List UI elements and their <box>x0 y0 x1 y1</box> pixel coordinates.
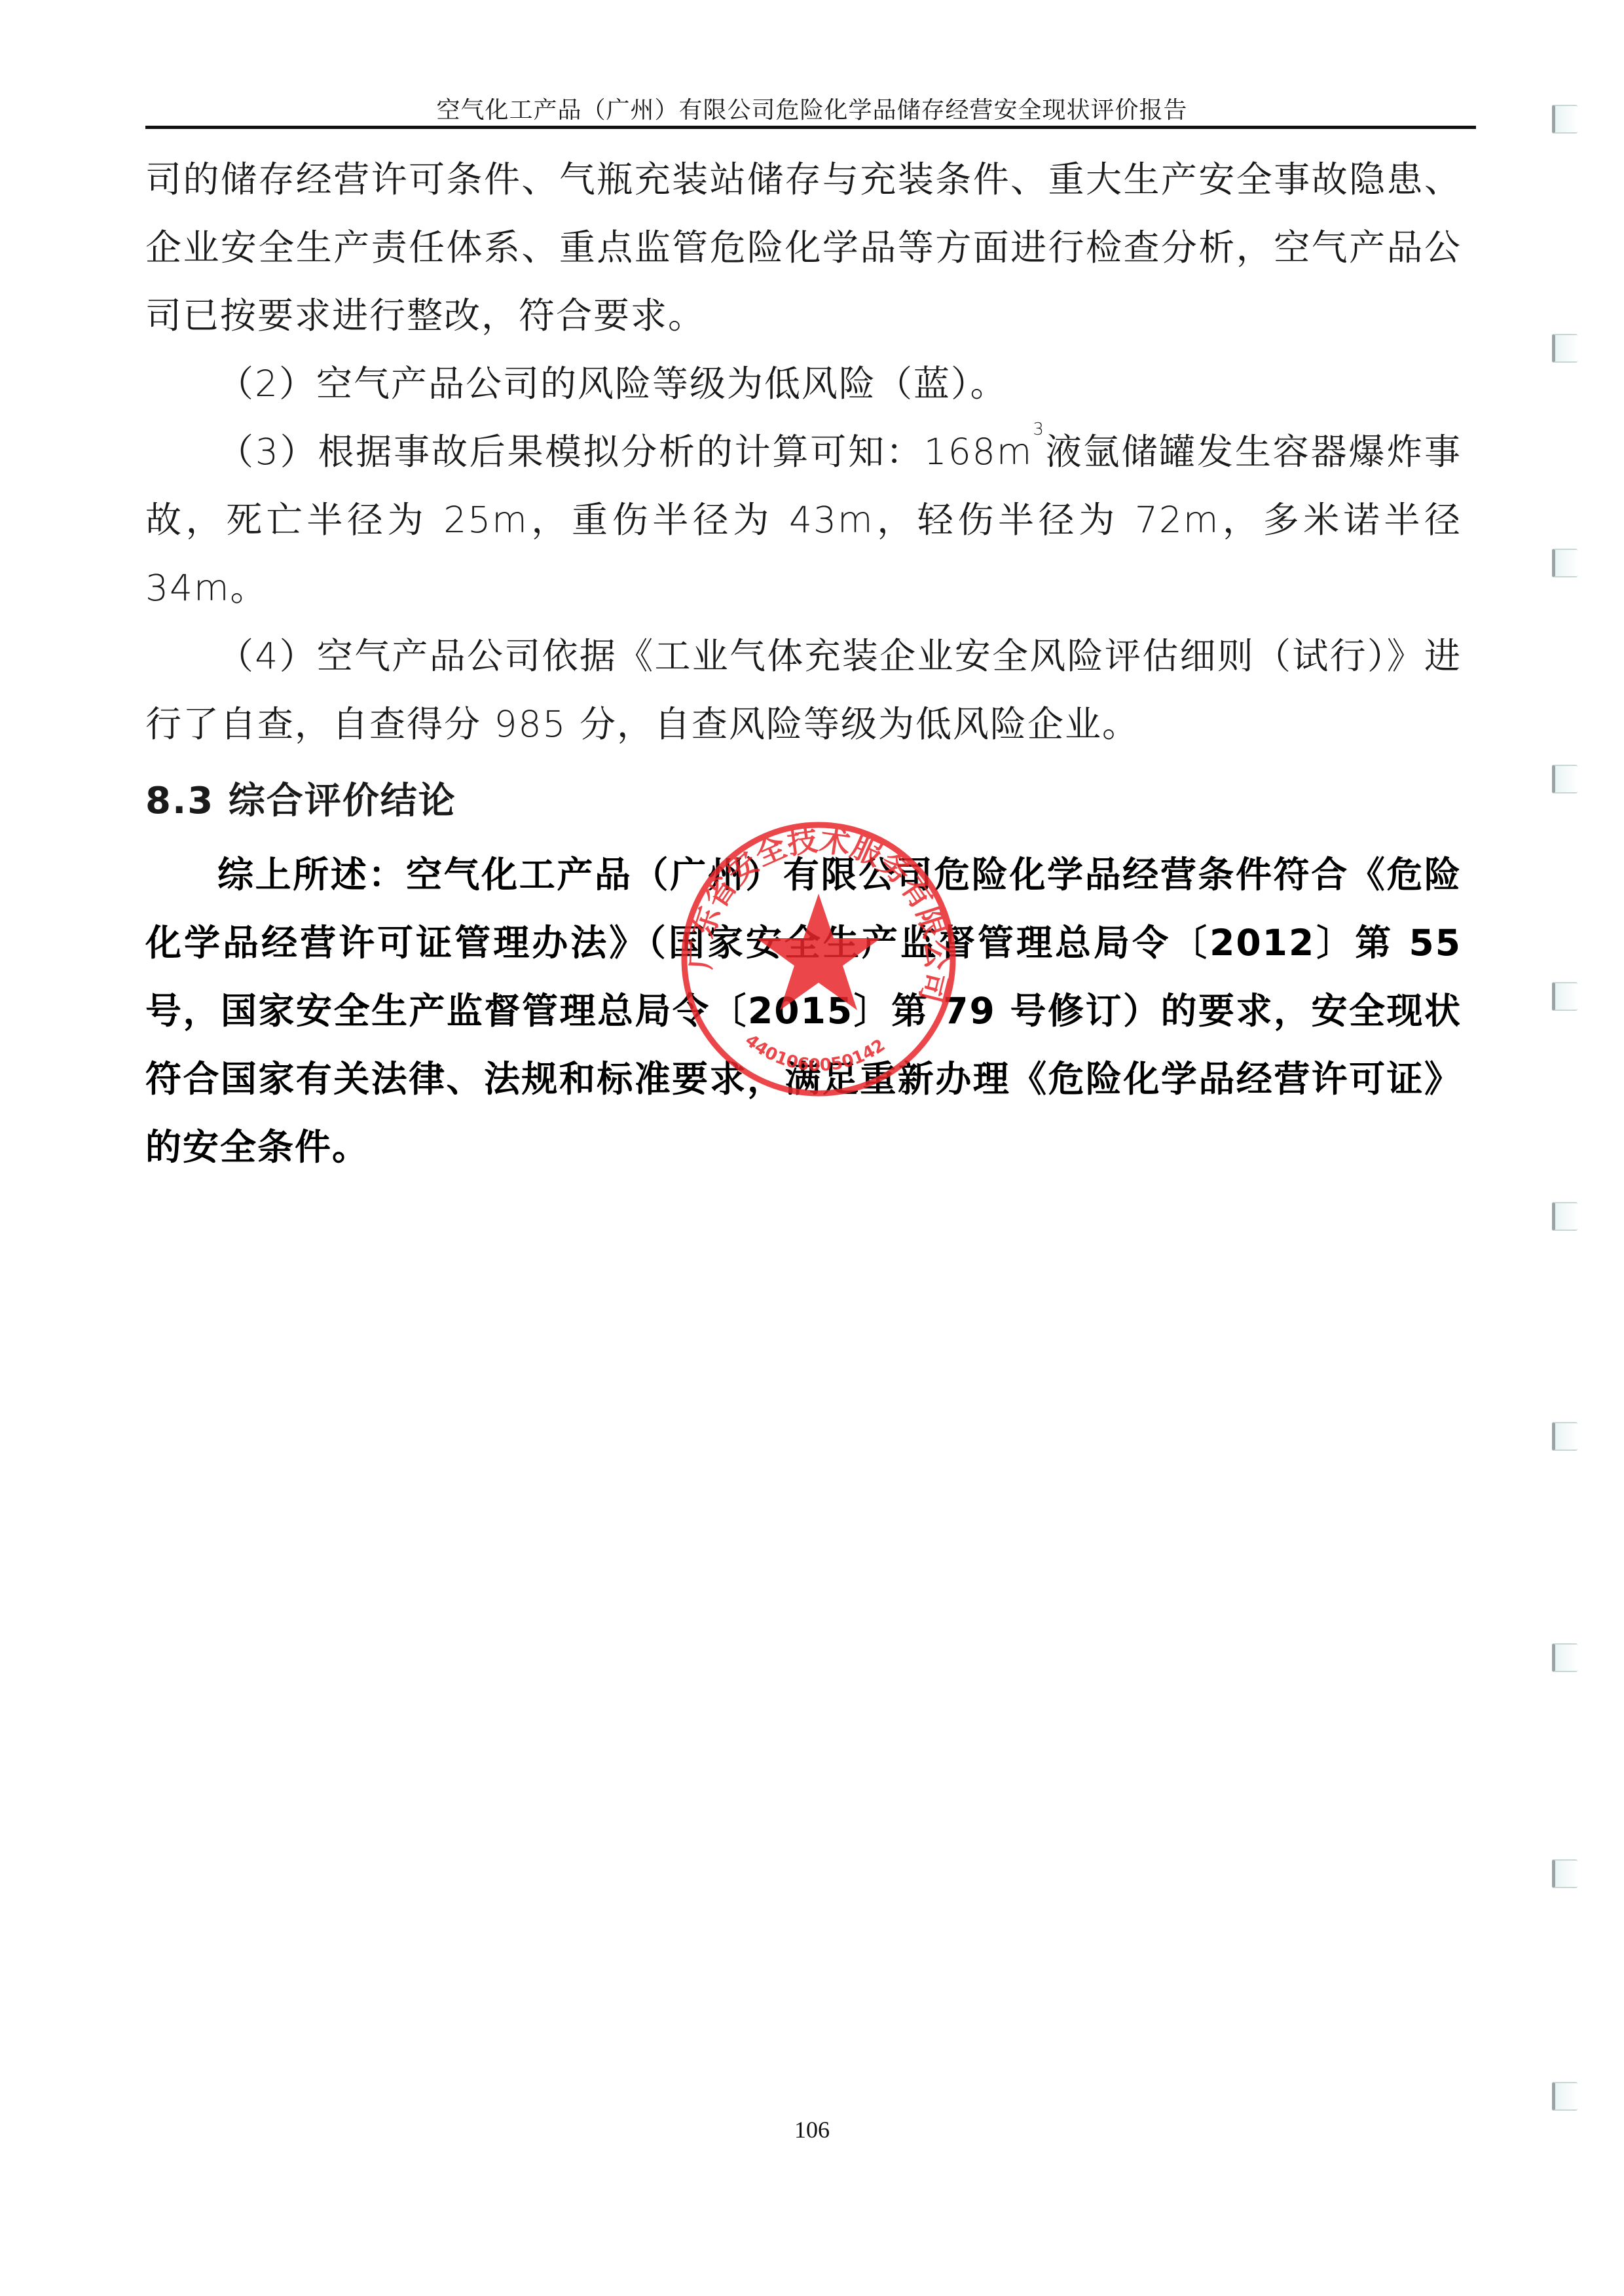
binding-hole-mark <box>1552 982 1578 1011</box>
section-heading: 8.3 综合评价结论 <box>145 767 1462 835</box>
binding-hole-mark <box>1552 334 1578 363</box>
binding-hole-mark <box>1552 1202 1578 1231</box>
binding-hole-mark <box>1552 549 1578 577</box>
list-item-4: （4）空气产品公司依据《工业气体充装企业安全风险评估细则（试行）》进行了自查，自… <box>145 622 1462 758</box>
list-item-2: （2）空气产品公司的风险等级为低风险（蓝）。 <box>145 350 1462 418</box>
superscript-cubic: 3 <box>1033 420 1045 439</box>
binding-hole-mark <box>1552 2082 1578 2111</box>
binding-hole-mark <box>1552 765 1578 793</box>
list-item-3: （3）根据事故后果模拟分析的计算可知：168m3液氩储罐发生容器爆炸事故，死亡半… <box>145 418 1462 622</box>
document-header-title: 空气化工产品（广州）有限公司危险化学品储存经营安全现状评价报告 <box>0 92 1624 125</box>
binding-hole-mark <box>1552 1422 1578 1451</box>
binding-hole-mark <box>1552 105 1578 134</box>
page-number: 106 <box>0 2116 1624 2143</box>
header-divider <box>145 126 1476 129</box>
conclusion-paragraph: 综上所述：空气化工产品（广州）有限公司危险化学品经营条件符合《危险化学品经营许可… <box>145 841 1462 1181</box>
binding-hole-mark <box>1552 1859 1578 1888</box>
document-body: 司的储存经营许可条件、气瓶充装站储存与充装条件、重大生产安全事故隐患、企业安全生… <box>145 145 1462 1181</box>
binding-hole-mark <box>1552 1643 1578 1672</box>
list-item-3-prefix: （3）根据事故后果模拟分析的计算可知：168m <box>217 431 1033 473</box>
paragraph-continued: 司的储存经营许可条件、气瓶充装站储存与充装条件、重大生产安全事故隐患、企业安全生… <box>145 145 1462 350</box>
